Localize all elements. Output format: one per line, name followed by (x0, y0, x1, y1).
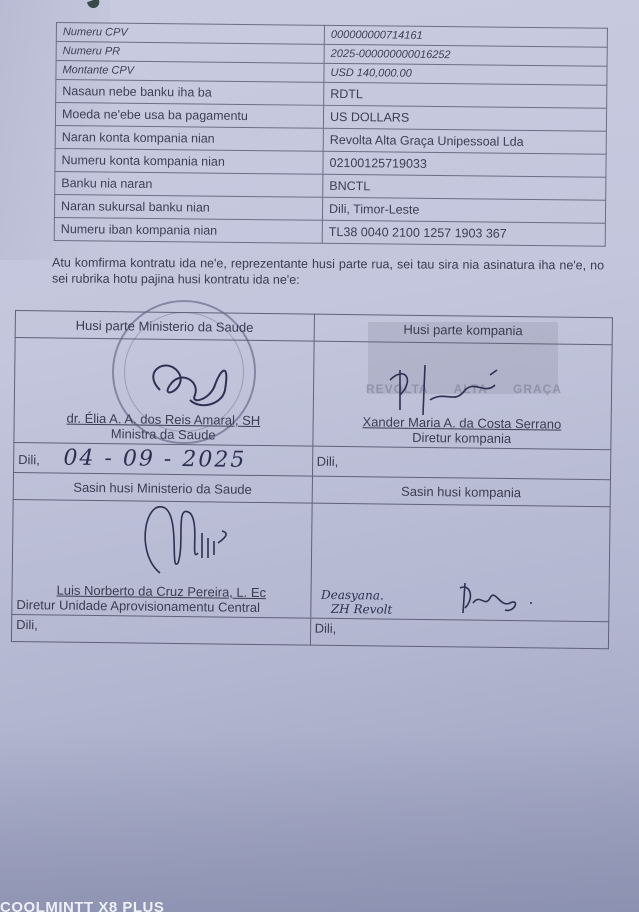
ministry-witness-cell: Luis Norberto da Cruz Pereira, L. Ec Dir… (12, 499, 312, 618)
ministry-signature-cell: dr. Élia A. A. dos Reis Amaral, SH Minis… (14, 338, 314, 447)
company-header: Husi parte kompania (314, 314, 613, 345)
info-label: Moeda ne'ebe usa ba pagamentu (55, 103, 323, 129)
company-witness-note-2: ZH Revolt (331, 602, 605, 619)
info-value: BNCTL (323, 174, 606, 200)
ministry-witness-header: Sasin husi Ministerio da Saude (13, 472, 312, 503)
ministry-witness-place: Dili, (11, 614, 310, 645)
info-row: Numeru iban kompania nianTL38 0040 2100 … (54, 217, 605, 246)
company-place: Dili, (312, 446, 611, 480)
info-value: 02100125719033 (323, 151, 606, 177)
handwritten-date: 04 - 09 - 2025 (63, 446, 246, 473)
confirmation-paragraph: Atu komfirma kontratu ida ne'e, reprezen… (52, 255, 604, 290)
bottom-shadow (0, 732, 639, 912)
info-label: Naran sukursal banku nian (54, 194, 322, 220)
info-label: Naran konta kompania nian (55, 125, 323, 151)
company-signatory-role: Diretur kompania (317, 429, 607, 448)
info-value: Dili, Timor-Leste (322, 197, 605, 223)
ministry-signatory-role: Ministra da Saude (18, 425, 308, 444)
info-value: US DOLLARS (323, 105, 606, 131)
ministry-header: Husi parte Ministerio da Saude (15, 311, 314, 342)
company-witness-header: Sasin husi kompania (312, 476, 611, 507)
company-witness-place: Dili, (310, 618, 609, 649)
info-label: Numeru iban kompania nian (54, 217, 322, 243)
signature-table: Husi parte Ministerio da Saude Husi part… (11, 310, 613, 649)
info-value: Revolta Alta Graça Unipessoal Lda (323, 128, 606, 154)
info-value: TL38 0040 2100 1257 1903 367 (322, 220, 605, 246)
company-witness-cell: Deasyana. ZH Revolt (310, 503, 610, 622)
info-label: Banku nia naran (55, 171, 323, 197)
info-value: RDTL (324, 82, 607, 108)
camera-watermark: COOLMINTT X8 PLUS (0, 899, 164, 912)
payment-info-table: Numeru CPV000000000714161Numeru PR2025-0… (54, 22, 608, 247)
info-label: Nasaun nebe banku iha ba (56, 80, 324, 106)
info-label: Numeru konta kompania nian (55, 148, 323, 174)
company-signature-cell: Xander Maria A. da Costa Serrano Diretur… (312, 341, 612, 450)
ministry-place-date: Dili, 04 - 09 - 2025 (14, 442, 313, 476)
